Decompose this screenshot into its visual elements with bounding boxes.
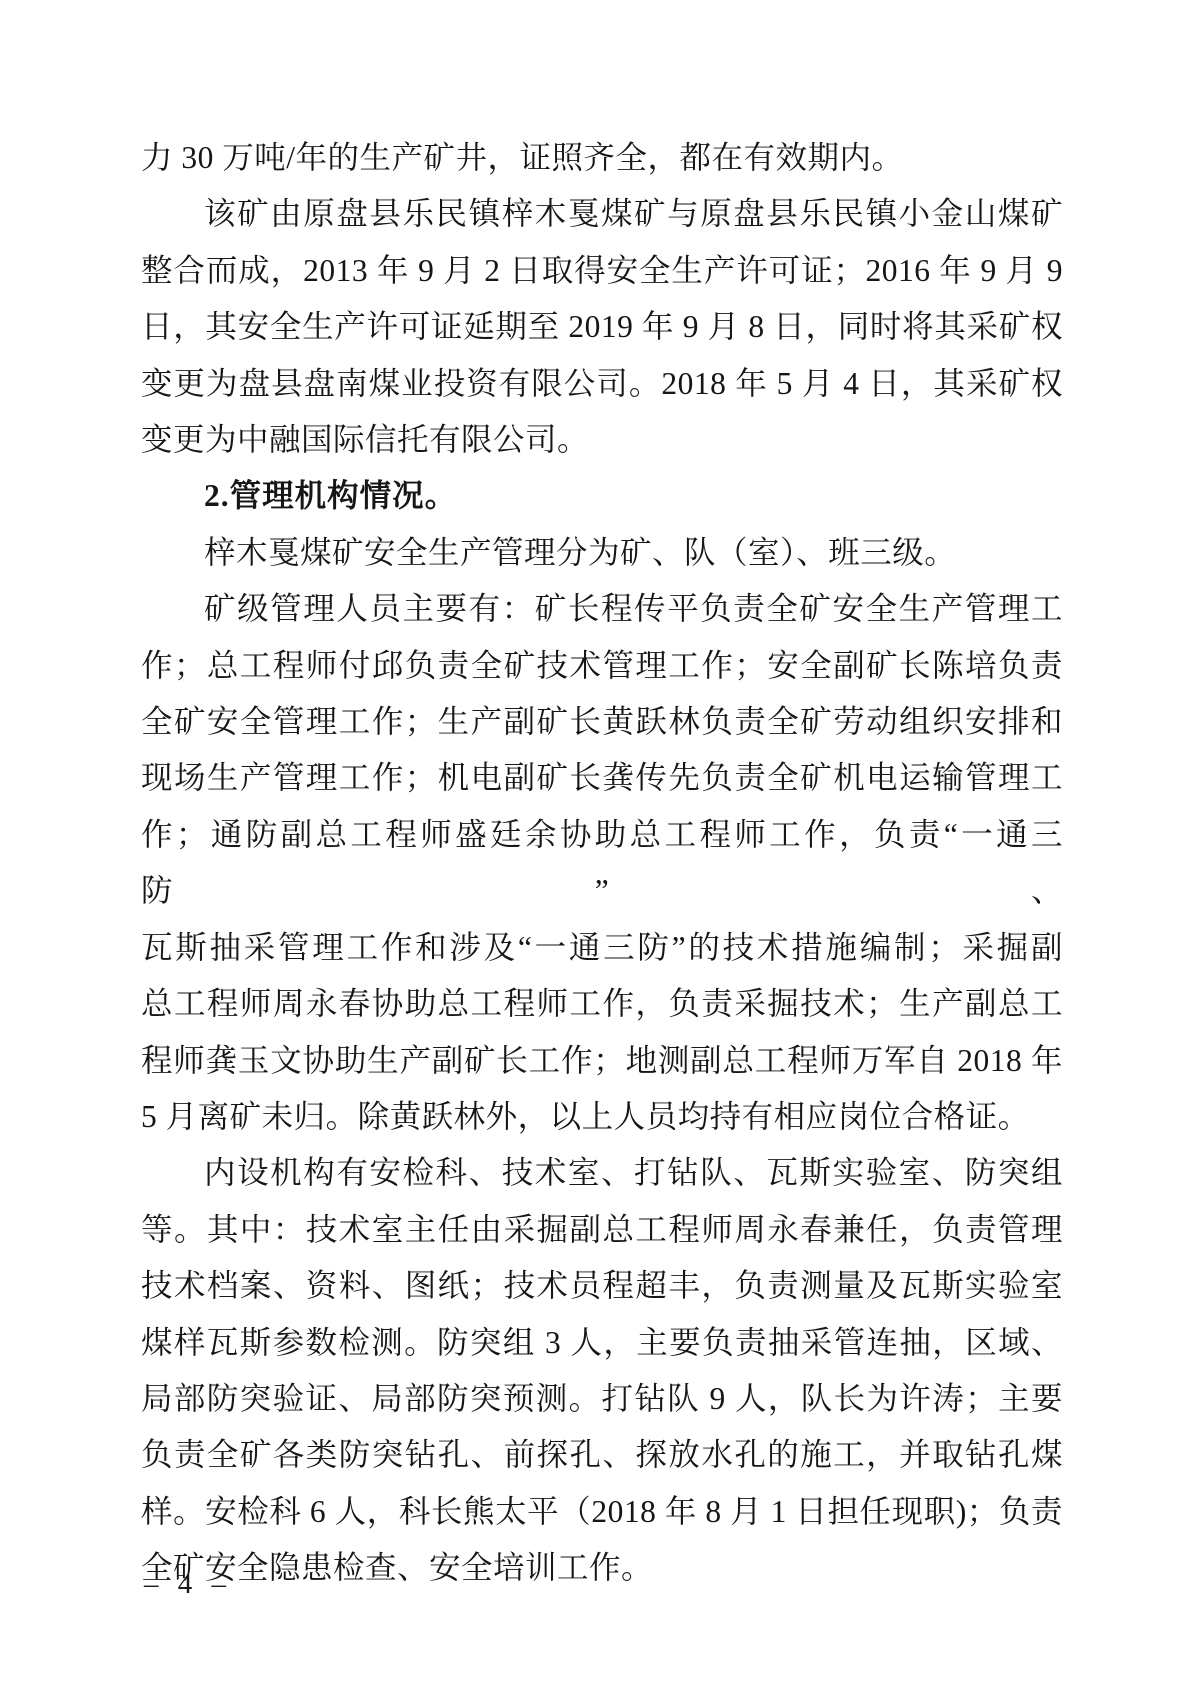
text-line: 技术档案、资料、图纸；技术员程超丰，负责测量及瓦斯实验室 bbox=[141, 1258, 1063, 1314]
text-line: 总工程师周永春协助总工程师工作，负责采掘技术；生产副总工 bbox=[141, 976, 1063, 1032]
text-line: 全矿安全隐患检查、安全培训工作。 bbox=[141, 1540, 1063, 1596]
text-line: 煤样瓦斯参数检测。防突组 3 人，主要负责抽采管连抽，区域、 bbox=[141, 1315, 1063, 1371]
text-line: 作；总工程师付邱负责全矿技术管理工作；安全副矿长陈培负责 bbox=[141, 638, 1063, 694]
text-line: 日，其安全生产许可证延期至 2019 年 9 月 8 日，同时将其采矿权 bbox=[141, 299, 1063, 355]
section-heading-management: 2.管理机构情况。 bbox=[141, 468, 1063, 524]
paragraph-continuation: 力 30 万吨/年的生产矿井，证照齐全，都在有效期内。 bbox=[141, 130, 1063, 186]
paragraph-management-levels: 梓木戛煤矿安全生产管理分为矿、队（室）、班三级。 bbox=[141, 525, 1063, 581]
text-line: 现场生产管理工作；机电副矿长龚传先负责全矿机电运输管理工 bbox=[141, 750, 1063, 806]
text-line: 2.管理机构情况。 bbox=[141, 468, 1063, 524]
document-page: 力 30 万吨/年的生产矿井，证照齐全，都在有效期内。该矿由原盘县乐民镇梓木戛煤… bbox=[0, 0, 1199, 1696]
paragraph-mine-level-managers: 矿级管理人员主要有：矿长程传平负责全矿安全生产管理工作；总工程师付邱负责全矿技术… bbox=[141, 581, 1063, 1145]
text-line: 全矿安全管理工作；生产副矿长黄跃林负责全矿劳动组织安排和 bbox=[141, 694, 1063, 750]
text-line: 力 30 万吨/年的生产矿井，证照齐全，都在有效期内。 bbox=[141, 130, 1063, 186]
text-line: 程师龚玉文协助生产副矿长工作；地测副总工程师万军自 2018 年 bbox=[141, 1033, 1063, 1089]
text-line: 瓦斯抽采管理工作和涉及“一通三防”的技术措施编制；采掘副 bbox=[141, 920, 1063, 976]
text-line: 局部防突验证、局部防突预测。打钻队 9 人，队长为许涛；主要 bbox=[141, 1371, 1063, 1427]
text-line: 该矿由原盘县乐民镇梓木戛煤矿与原盘县乐民镇小金山煤矿 bbox=[141, 186, 1063, 242]
text-line: 变更为盘县盘南煤业投资有限公司。2018 年 5 月 4 日，其采矿权 bbox=[141, 356, 1063, 412]
text-line: 5 月离矿未归。除黄跃林外，以上人员均持有相应岗位合格证。 bbox=[141, 1089, 1063, 1145]
text-line: 整合而成，2013 年 9 月 2 日取得安全生产许可证；2016 年 9 月 … bbox=[141, 243, 1063, 299]
text-line: 内设机构有安检科、技术室、打钻队、瓦斯实验室、防突组 bbox=[141, 1145, 1063, 1201]
text-line: 变更为中融国际信托有限公司。 bbox=[141, 412, 1063, 468]
text-line: 等。其中：技术室主任由采掘副总工程师周永春兼任，负责管理 bbox=[141, 1202, 1063, 1258]
text-line: 样。安检科 6 人，科长熊太平（2018 年 8 月 1 日担任现职)；负责 bbox=[141, 1484, 1063, 1540]
text-line: 梓木戛煤矿安全生产管理分为矿、队（室）、班三级。 bbox=[141, 525, 1063, 581]
document-body: 力 30 万吨/年的生产矿井，证照齐全，都在有效期内。该矿由原盘县乐民镇梓木戛煤… bbox=[141, 130, 1063, 1597]
text-line: 负责全矿各类防突钻孔、前探孔、探放水孔的施工，并取钻孔煤 bbox=[141, 1427, 1063, 1483]
page-number: – 4 – bbox=[144, 1568, 229, 1601]
text-line: 矿级管理人员主要有：矿长程传平负责全矿安全生产管理工 bbox=[141, 581, 1063, 637]
paragraph-license-history: 该矿由原盘县乐民镇梓木戛煤矿与原盘县乐民镇小金山煤矿整合而成，2013 年 9 … bbox=[141, 186, 1063, 468]
text-line: 作；通防副总工程师盛廷余协助总工程师工作，负责“一通三防”、 bbox=[141, 807, 1063, 920]
paragraph-internal-departments: 内设机构有安检科、技术室、打钻队、瓦斯实验室、防突组等。其中：技术室主任由采掘副… bbox=[141, 1145, 1063, 1596]
